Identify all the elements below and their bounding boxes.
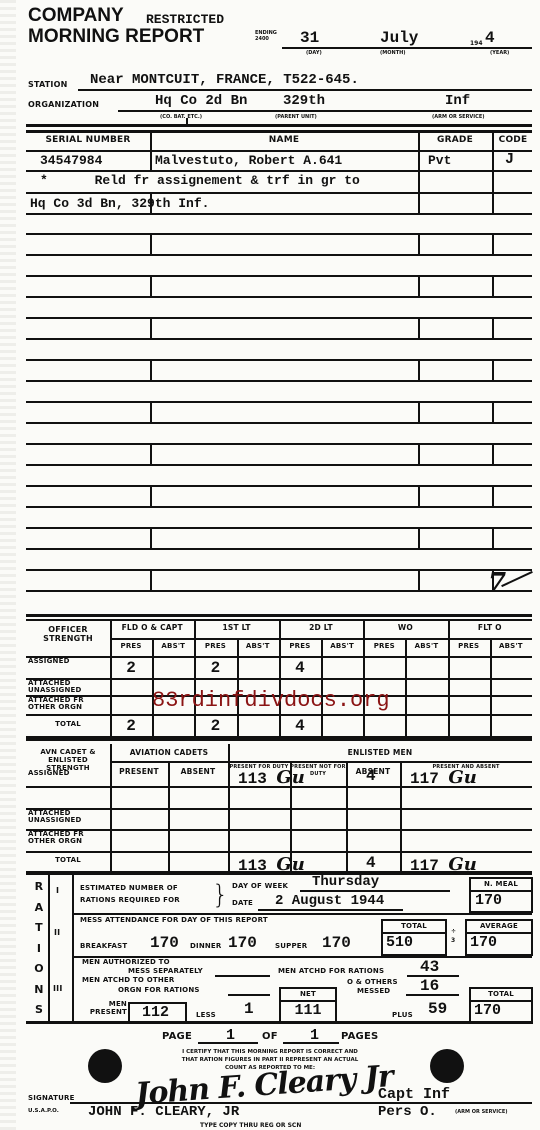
less-label: LESS [196,1011,216,1019]
organization-parent-unit: 329th [283,93,325,109]
table-top-rule [26,124,532,127]
officer-group-header: WO [363,623,447,632]
officer-sub-header: ABS'T [405,642,447,650]
entry-name: Malvestuto, Robert A.641 [155,153,342,168]
binder-hole-right-icon [430,1049,464,1083]
day-of-week-label: DAY OF WEEK [232,882,288,890]
officer-group-header: 2D LT [279,623,363,632]
officer-cell: 2 [110,717,152,735]
scan-edge-noise [0,0,16,1130]
col-header-name: NAME [153,135,415,145]
n-meal-box: N. MEAL 170 [469,877,533,913]
officer-cell: 2 [110,659,152,677]
bottom-caption: TYPE COPY THRU REG OR SCN [200,1122,301,1129]
ending-label: ENDING 2400 [255,30,275,42]
average-box: AVERAGE 170 [465,919,533,956]
officer-group-header: FLD O & CAPT [110,623,194,632]
signature-label: SIGNATURE [28,1094,75,1102]
officer-row-label: TOTAL [28,721,108,728]
report-day: 31 [300,29,319,47]
others-value: 16 [420,977,439,995]
entry-serial: 34547984 [40,153,102,168]
officer-sub-header: PRES [194,642,236,650]
col-header-serial: SERIAL NUMBER [28,135,148,145]
plus-value: 59 [428,1000,447,1018]
officer-sub-header: PRES [363,642,405,650]
enlisted-col-header: ABSENT [168,768,228,775]
station-underline [78,89,532,91]
atchd-rations-value: 43 [420,958,439,976]
enlisted-row-label: TOTAL [28,857,108,864]
net-box: NET 111 [279,987,337,1024]
officer-group-header: FLT O [448,623,532,632]
supper-value: 170 [322,934,351,952]
typed-signer-name: JOHN F. CLEARY, JR [88,1104,239,1120]
station-value: Near MONTCUIT, FRANCE, T522-645. [90,72,359,88]
plus-label: PLUS [392,1011,413,1019]
officer-row-label: ASSIGNED [28,658,108,665]
officer-row-label: ATTACHED FR OTHER ORGN [28,697,108,711]
company-caption: (CO. BAT. ETC.) [160,114,202,120]
average-value: 170 [467,934,531,951]
enlisted-col-header: PRESENT [110,768,168,775]
entry-code: J [505,151,514,168]
organization-label: ORGANIZATION [28,100,99,109]
atchd-other-label-1: MEN ATCHD TO OTHER [82,976,174,984]
atchd-other-label-2: ORGN FOR RATIONS [118,986,200,994]
organization-arm: Inf [445,93,470,109]
year-prefix: 194 [470,40,483,47]
day-caption: (DAY) [306,50,322,56]
date-label: DATE [232,899,253,907]
auth-label-2: MESS SEPARATELY [128,967,203,975]
officer-cell: 4 [279,659,321,677]
less-value: 1 [244,1000,254,1018]
total-pages: 1 [310,1027,319,1044]
signer-rank: Capt Inf [378,1086,450,1103]
officer-sub-header: ABS'T [490,642,532,650]
dinner-value: 170 [228,934,257,952]
section-3-number: III [53,984,63,993]
watermark: 83rdinfdivdocs.org [152,688,390,713]
form-title-line2: MORNING REPORT [28,27,204,46]
others-label-1: O & OTHERS [347,978,398,986]
page-label: PAGE [162,1031,192,1042]
day-of-week-value: Thursday [312,874,379,890]
n-meal-value: 170 [471,892,531,909]
enlisted-cell: 113 Gu [238,767,305,788]
date-underline [282,47,532,49]
col-header-grade: GRADE [420,135,490,145]
mess-total-box: TOTAL 510 [381,919,447,956]
col-header-code: CODE [493,135,533,145]
officer-group-header: 1ST LT [194,623,278,632]
officer-cell: 2 [194,659,236,677]
rations-side-label: RATIONS [33,877,45,1021]
enlisted-row-label: ATTACHED FR OTHER ORGN [28,831,108,845]
organization-company: Hq Co 2d Bn [155,93,247,109]
station-label: STATION [28,80,68,89]
enlisted-cell: 117 Gu [410,767,477,788]
apo-label: U.S.A.P.O. [28,1108,59,1114]
date-value: 2 August 1944 [275,893,384,909]
remark-line-2: Hq Co 3d Bn, 329th Inf. [30,196,209,211]
report-year: 4 [485,29,495,47]
section-1-number: I [56,886,59,895]
atchd-rations-label: MEN ATCHD FOR RATIONS [278,967,384,975]
auth-label-1: MEN AUTHORIZED TO [82,958,170,966]
enlisted-cell: 4 [366,854,376,872]
classification-stamp: RESTRICTED [146,12,224,27]
men-present-box: 112 [128,1002,187,1024]
supper-label: SUPPER [275,942,307,950]
binder-hole-left-icon [88,1049,122,1083]
arm-caption: (ARM OR SERVICE) [432,114,485,120]
ration-est-label-2: RATIONS REQUIRED FOR [80,896,180,904]
rations-total-box: TOTAL 170 [469,987,533,1024]
aviation-cadets-header: AVIATION CADETS [110,748,228,757]
officer-sub-header: PRES [448,642,490,650]
officer-row-label: ATTACHED UNASSIGNED [28,680,108,694]
month-caption: (MONTH) [380,50,406,56]
organization-underline [118,110,532,112]
brace-icon: } [212,880,229,910]
officer-sub-header: ABS'T [152,642,194,650]
enlisted-cell: 4 [366,767,376,785]
men-present-value: 112 [130,1004,185,1022]
enlisted-row-label: ATTACHED UNASSIGNED [28,810,108,824]
breakfast-label: BREAKFAST [80,942,127,950]
men-present-label: MEN PRESENT [82,1000,127,1016]
divide-by-three: ÷ 3 [451,927,459,945]
entry-grade: Pvt [428,153,451,168]
ration-est-label-1: ESTIMATED NUMBER OF [80,884,178,892]
mess-attendance-label: MESS ATTENDANCE FOR DAY OF THIS REPORT [80,916,268,924]
officer-sub-header: PRES [110,642,152,650]
dinner-label: DINNER [190,942,222,950]
section-2-number: II [54,928,60,937]
officer-sub-header: ABS'T [321,642,363,650]
report-month: July [380,29,418,47]
officer-strength-title: OFFICER STRENGTH [28,625,108,643]
officer-cell: 4 [279,717,321,735]
officer-sub-header: ABS'T [237,642,279,650]
officer-cell: 2 [194,717,236,735]
remark-line-1: * Reld fr assignement & trf in gr to [40,173,360,188]
net-value: 111 [281,1002,335,1019]
of-label: OF [262,1031,278,1042]
signer-position: Pers O. [378,1104,437,1120]
rations-total-value: 170 [471,1002,531,1019]
year-caption: (YEAR) [490,50,509,56]
mess-total-value: 510 [383,934,445,951]
enlisted-row-label: ASSIGNED [28,770,108,777]
parent-unit-caption: (PARENT UNIT) [275,114,317,120]
officer-sub-header: PRES [279,642,321,650]
enlisted-men-header: ENLISTED MEN [228,748,532,757]
breakfast-value: 170 [150,934,179,952]
form-title-line1: COMPANY [28,6,124,25]
others-label-2: MESSED [357,987,390,995]
page-number: 1 [226,1027,235,1044]
pages-label: PAGES [341,1031,378,1042]
footer-arm-caption: (ARM OR SERVICE) [455,1109,508,1115]
